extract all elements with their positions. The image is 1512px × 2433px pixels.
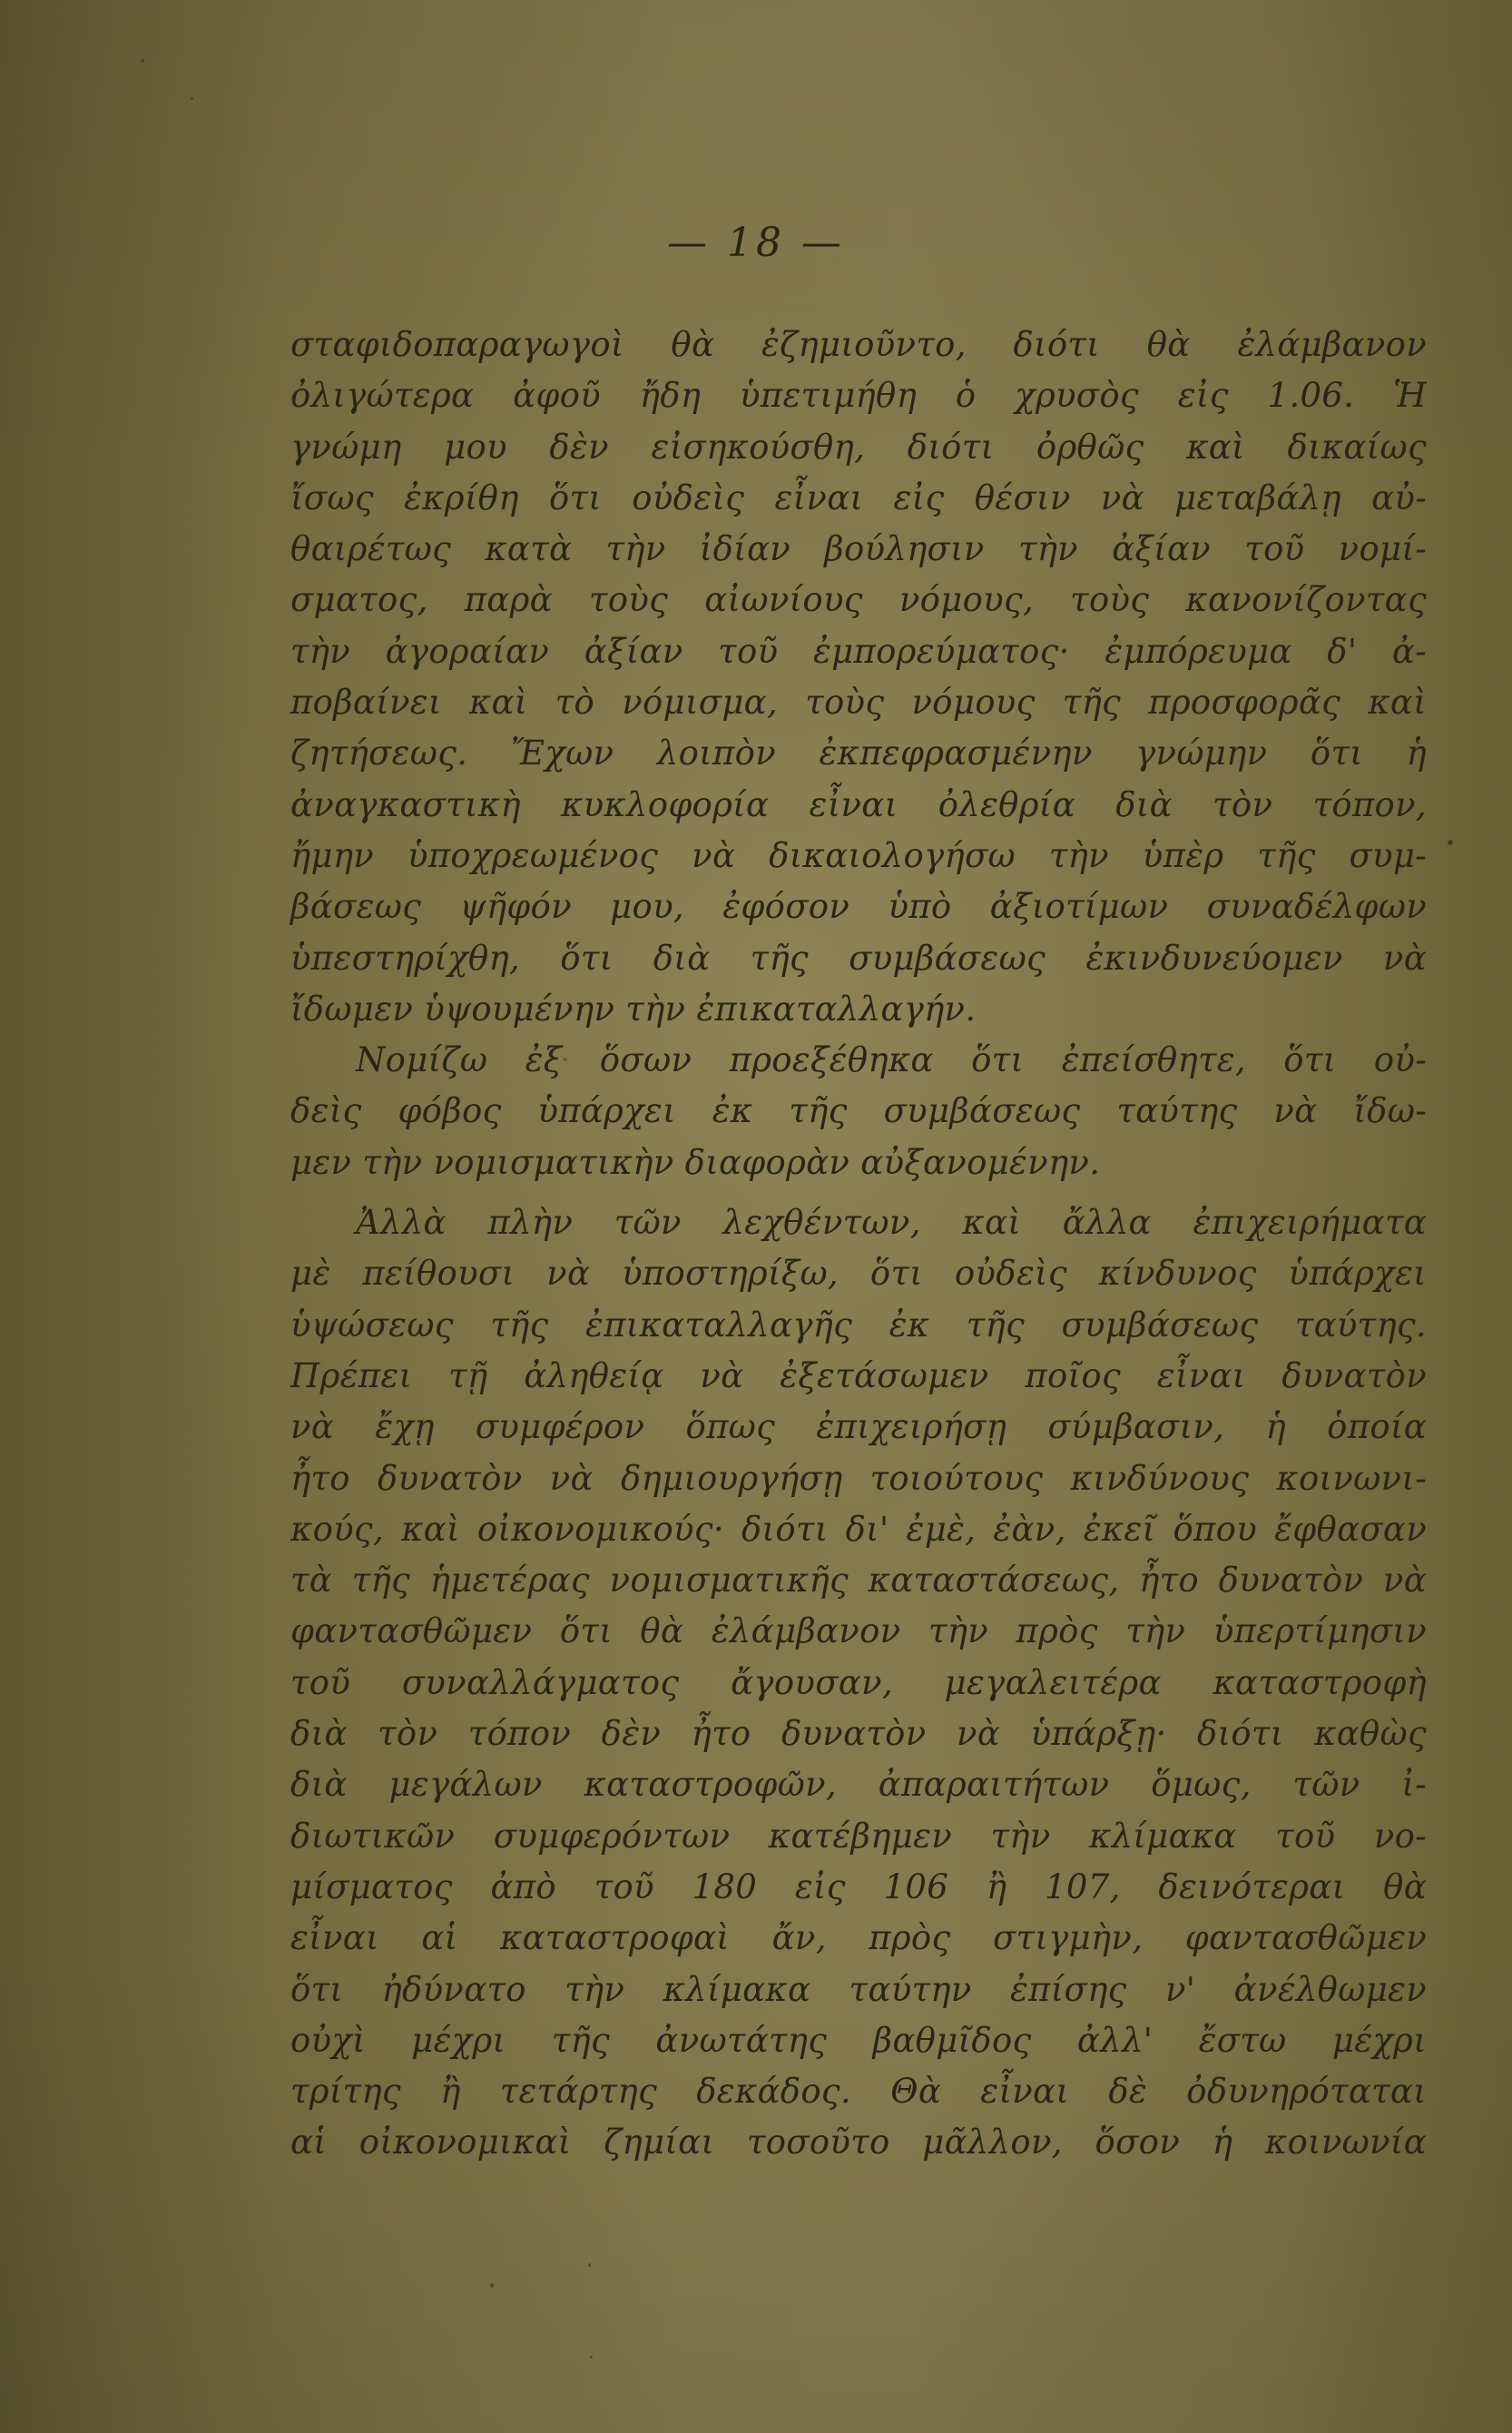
- page-number: — 18 —: [0, 220, 1512, 266]
- text-line: τὰ τῆς ἡμετέρας νομισματικῆς καταστάσεως…: [290, 1555, 1427, 1606]
- text-line: Ἀλλὰ πλὴν τῶν λεχθέντων, καὶ ἄλλα ἐπιχει…: [290, 1197, 1427, 1248]
- text-line: φαντασθῶμεν ὅτι θὰ ἐλάμβανον τὴν πρὸς τὴ…: [290, 1606, 1427, 1657]
- text-line: μὲ πείθουσι νὰ ὑποστηρίξω, ὅτι οὐδεὶς κί…: [290, 1248, 1427, 1299]
- text-line: σταφιδοπαραγωγοὶ θὰ ἐζημιοῦντο, διότι θὰ…: [290, 320, 1427, 370]
- scanned-book-page: — 18 — σταφιδοπαραγωγοὶ θὰ ἐζημιοῦντο, δ…: [0, 0, 1512, 2433]
- paragraph-1: σταφιδοπαραγωγοὶ θὰ ἐζημιοῦντο, διότι θὰ…: [290, 320, 1427, 1035]
- text-line: ὑψώσεως τῆς ἐπικαταλλαγῆς ἐκ τῆς συμβάσε…: [290, 1300, 1427, 1351]
- text-line: γνώμη μου δὲν εἰσηκούσθη, διότι ὀρθῶς κα…: [290, 422, 1427, 473]
- paper-speck: [490, 2283, 494, 2288]
- text-line: τοῦ συναλλάγματος ἄγουσαν, μεγαλειτέρα κ…: [290, 1658, 1427, 1709]
- text-line: οὐχὶ μέχρι τῆς ἀνωτάτης βαθμῖδος ἀλλ' ἔσ…: [290, 2015, 1427, 2066]
- text-line: ἴδωμεν ὑψουμένην τὴν ἐπικαταλλαγήν.: [290, 984, 1427, 1035]
- paragraph-3: Ἀλλὰ πλὴν τῶν λεχθέντων, καὶ ἄλλα ἐπιχει…: [290, 1197, 1427, 2169]
- paper-speck: [588, 2263, 591, 2267]
- text-line: δεὶς φόβος ὑπάρχει ἐκ τῆς συμβάσεως ταύτ…: [290, 1086, 1427, 1137]
- paper-speck: [563, 1058, 567, 1061]
- text-line: βάσεως ψῆφόν μου, ἐφόσον ὑπὸ ἀξιοτίμων σ…: [290, 882, 1427, 932]
- text-line: σματος, παρὰ τοὺς αἰωνίους νόμους, τοὺς …: [290, 575, 1427, 625]
- paragraph-2: Νομίζω ἐξ ὅσων προεξέθηκα ὅτι ἐπείσθητε,…: [290, 1035, 1427, 1188]
- text-line: ἀναγκαστικὴ κυκλοφορία εἶναι ὀλεθρία διὰ…: [290, 780, 1427, 831]
- text-line: ὀλιγώτερα ἀφοῦ ἤδη ὑπετιμήθη ὁ χρυσὸς εἰ…: [290, 370, 1427, 421]
- text-line: ἴσως ἐκρίθη ὅτι οὐδεὶς εἶναι εἰς θέσιν ν…: [290, 473, 1427, 524]
- text-line: αἱ οἰκονομικαὶ ζημίαι τοσοῦτο μᾶλλον, ὅσ…: [290, 2117, 1427, 2168]
- text-line: ἤμην ὑποχρεωμένος νὰ δικαιολογήσω τὴν ὑπ…: [290, 831, 1427, 882]
- text-line: μεν τὴν νομισματικὴν διαφορὰν αὐξανομένη…: [290, 1138, 1427, 1188]
- text-line: ὑπεστηρίχθη, ὅτι διὰ τῆς συμβάσεως ἐκινδ…: [290, 933, 1427, 984]
- text-line: διὰ τὸν τόπον δὲν ἦτο δυνατὸν νὰ ὑπάρξῃ·…: [290, 1709, 1427, 1759]
- text-line: διὰ μεγάλων καταστροφῶν, ἀπαραιτήτων ὅμω…: [290, 1759, 1427, 1810]
- text-line: διωτικῶν συμφερόντων κατέβημεν τὴν κλίμα…: [290, 1811, 1427, 1862]
- text-line: ζητήσεως. Ἔχων λοιπὸν ἐκπεφρασμένην γνώμ…: [290, 728, 1427, 779]
- text-line: Νομίζω ἐξ ὅσων προεξέθηκα ὅτι ἐπείσθητε,…: [290, 1035, 1427, 1086]
- text-line: μίσματος ἀπὸ τοῦ 180 εἰς 106 ἢ 107, δειν…: [290, 1862, 1427, 1913]
- text-line: κούς, καὶ οἰκονομικούς· διότι δι' ἐμὲ, ἐ…: [290, 1504, 1427, 1555]
- text-line: ποβαίνει καὶ τὸ νόμισμα, τοὺς νόμους τῆς…: [290, 677, 1427, 728]
- text-line: νὰ ἔχῃ συμφέρον ὅπως ἐπιχειρήσῃ σύμβασιν…: [290, 1402, 1427, 1453]
- text-line: τὴν ἀγοραίαν ἀξίαν τοῦ ἐμπορεύματος· ἐμπ…: [290, 626, 1427, 677]
- text-line: τρίτης ἢ τετάρτης δεκάδος. Θὰ εἶναι δὲ ὀ…: [290, 2066, 1427, 2117]
- text-line: θαιρέτως κατὰ τὴν ἰδίαν βούλησιν τὴν ἀξί…: [290, 524, 1427, 575]
- paper-speck: [1448, 840, 1453, 845]
- body-text: σταφιδοπαραγωγοὶ θὰ ἐζημιοῦντο, διότι θὰ…: [290, 320, 1427, 2169]
- paper-speck: [590, 2356, 593, 2359]
- text-line: Πρέπει τῇ ἀληθείᾳ νὰ ἐξετάσωμεν ποῖος εἶ…: [290, 1351, 1427, 1402]
- paper-speck: [191, 97, 193, 100]
- text-line: ὅτι ἠδύνατο τὴν κλίμακα ταύτην ἐπίσης ν'…: [290, 1965, 1427, 2015]
- text-line: ἦτο δυνατὸν νὰ δημιουργήσῃ τοιούτους κιν…: [290, 1453, 1427, 1504]
- text-line: εἶναι αἱ καταστροφαὶ ἄν, πρὸς στιγμὴν, φ…: [290, 1913, 1427, 1964]
- paper-speck: [141, 59, 144, 63]
